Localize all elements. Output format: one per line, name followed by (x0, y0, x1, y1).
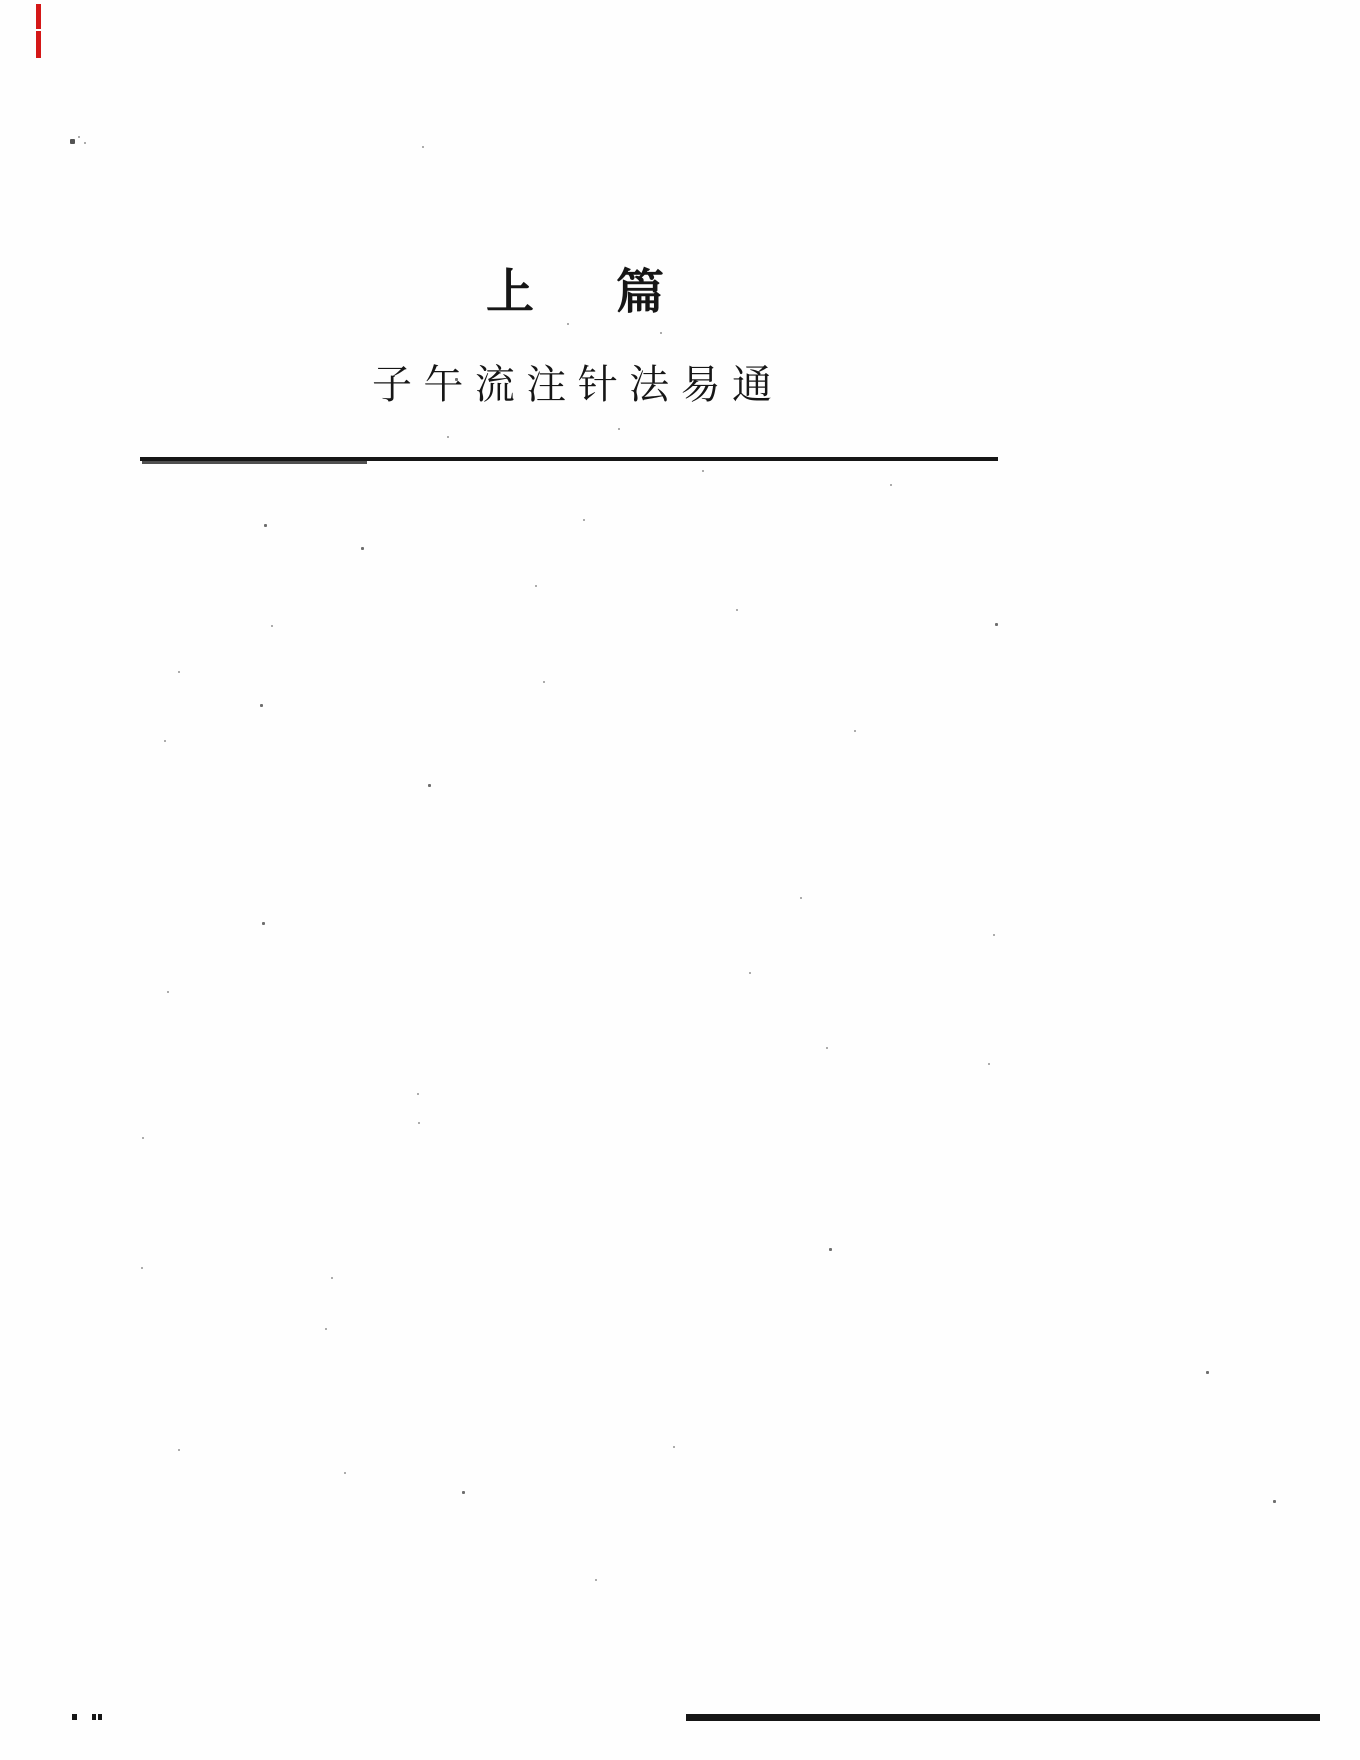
scan-noise-speck (142, 1137, 144, 1139)
scan-noise-speck (988, 1063, 990, 1065)
scan-noise-speck (271, 625, 273, 627)
scan-noise-speck (84, 142, 86, 144)
part-title-char-1: 上 (486, 266, 534, 319)
scan-noise-speck (673, 1446, 675, 1448)
subtitle-char: 法 (629, 362, 669, 408)
scan-noise-speck (417, 1093, 419, 1095)
subtitle-char: 流 (475, 362, 515, 408)
subtitle-char: 针 (578, 362, 618, 408)
book-subtitle: 子 午 流 注 针 法 易 通 (372, 362, 772, 408)
scan-noise-speck (418, 1122, 420, 1124)
scan-noise-speck (264, 524, 267, 527)
scan-noise-layer (0, 0, 1360, 1760)
scan-noise-speck (70, 139, 75, 144)
scan-noise-speck (260, 704, 263, 707)
scan-noise-speck (993, 934, 995, 936)
title-underline-rule-fuzz (142, 461, 367, 464)
scanned-book-page: 上 篇 子 午 流 注 针 法 易 通 (0, 0, 1360, 1760)
scan-noise-speck (178, 1449, 180, 1451)
scan-noise-speck (702, 470, 704, 472)
scan-noise-speck (567, 323, 569, 325)
scan-noise-speck (595, 1579, 597, 1581)
scan-noise-speck (325, 1328, 327, 1330)
scan-noise-speck (422, 146, 424, 148)
scan-noise-speck (178, 671, 180, 673)
bottom-thick-rule (686, 1714, 1320, 1721)
scan-noise-speck (829, 1248, 832, 1251)
scan-noise-speck (543, 681, 545, 683)
scan-noise-speck (1206, 1371, 1209, 1374)
scan-noise-speck (995, 623, 998, 626)
scan-noise-speck (462, 1491, 465, 1494)
scan-noise-speck (583, 519, 585, 521)
subtitle-char: 注 (526, 362, 566, 408)
scan-noise-speck (618, 428, 620, 430)
scan-noise-speck (361, 547, 364, 550)
scan-noise-speck (428, 784, 431, 787)
bottom-left-tick-1 (72, 1714, 77, 1720)
scan-noise-speck (1273, 1500, 1276, 1503)
scan-noise-speck (736, 609, 738, 611)
scan-noise-speck (262, 922, 265, 925)
scan-noise-speck (826, 1047, 828, 1049)
scan-noise-speck (164, 740, 166, 742)
part-title-char-2: 篇 (616, 266, 664, 319)
scan-noise-speck (141, 1267, 143, 1269)
scan-noise-speck (660, 332, 662, 334)
scan-noise-speck (167, 991, 169, 993)
subtitle-char: 通 (732, 362, 772, 408)
scan-noise-speck (854, 730, 856, 732)
scan-noise-speck (331, 1277, 333, 1279)
bottom-left-tick-2 (92, 1714, 96, 1720)
scan-noise-speck (800, 897, 802, 899)
red-margin-mark-bottom (36, 31, 41, 58)
scan-noise-speck (535, 585, 537, 587)
scan-noise-speck (447, 436, 449, 438)
scan-noise-speck (749, 972, 751, 974)
scan-noise-speck (78, 136, 80, 138)
scan-noise-speck (890, 484, 892, 486)
subtitle-char: 易 (681, 362, 721, 408)
subtitle-char: 子 (372, 362, 412, 408)
scan-noise-speck (344, 1472, 346, 1474)
subtitle-char: 午 (423, 362, 463, 408)
bottom-left-tick-3 (98, 1714, 102, 1720)
red-margin-mark-top (36, 4, 41, 29)
part-title: 上 篇 (486, 266, 664, 319)
